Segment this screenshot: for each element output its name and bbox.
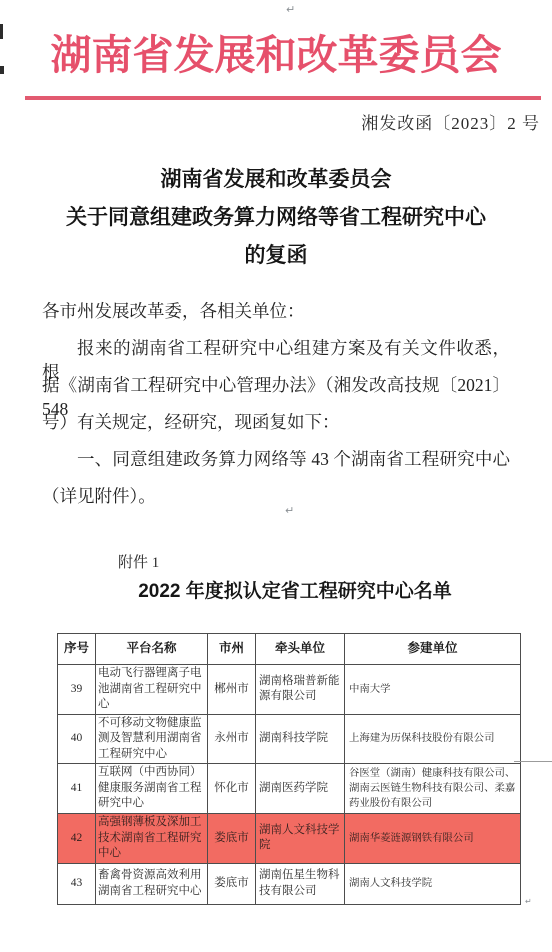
table-body: 39电动飞行器锂离子电池湖南省工程研究中心郴州市湖南格瑞普新能源有限公司中南大学… bbox=[58, 665, 521, 905]
cell-city: 娄底市 bbox=[208, 863, 256, 904]
table-row: 39电动飞行器锂离子电池湖南省工程研究中心郴州市湖南格瑞普新能源有限公司中南大学 bbox=[58, 665, 521, 715]
cell-lead: 湖南科技学院 bbox=[256, 714, 345, 764]
cell-participants: 湖南人文科技学院 bbox=[345, 863, 521, 904]
table-row: 43畜禽骨资源高效利用湖南省工程研究中心娄底市湖南伍星生物科技有限公司湖南人文科… bbox=[58, 863, 521, 904]
document-number: 湘发改函〔2023〕2 号 bbox=[361, 109, 540, 134]
scan-artifact bbox=[0, 66, 4, 74]
cell-city: 永州市 bbox=[208, 714, 256, 764]
letterhead-divider bbox=[25, 96, 541, 100]
cell-participants: 谷医堂（湖南）健康科技有限公司、湖南云医链生物科技有限公司、柔嘉药业股份有限公司 bbox=[345, 764, 521, 814]
body-line: 报来的湖南省工程研究中心组建方案及有关文件收悉，根 bbox=[42, 336, 510, 373]
cell-city: 娄底市 bbox=[208, 814, 256, 864]
cell-seq: 41 bbox=[58, 764, 96, 814]
title-line-2: 关于同意组建政务算力网络等省工程研究中心 bbox=[0, 198, 552, 236]
title-line-3: 的复函 bbox=[0, 236, 552, 274]
column-header: 序号 bbox=[58, 634, 96, 665]
body-line: 一、同意组建政务算力网络等 43 个湖南省工程研究中心 bbox=[42, 447, 510, 484]
cell-seq: 40 bbox=[58, 714, 96, 764]
paragraph-mark: ↵ bbox=[525, 896, 532, 907]
table-row: 42高强钢薄板及深加工技术湖南省工程研究中心娄底市湖南人文科技学院湖南华菱涟源钢… bbox=[58, 814, 521, 864]
cell-lead: 湖南人文科技学院 bbox=[256, 814, 345, 864]
cell-lead: 湖南格瑞普新能源有限公司 bbox=[256, 665, 345, 715]
table-row: 41互联网（中西协同）健康服务湖南省工程研究中心怀化市湖南医药学院谷医堂（湖南）… bbox=[58, 764, 521, 814]
document-page: ↵ 湖南省发展和改革委员会 湘发改函〔2023〕2 号 湖南省发展和改革委员会 … bbox=[0, 0, 552, 952]
cell-participants: 湖南华菱涟源钢铁有限公司 bbox=[345, 814, 521, 864]
body-line: （详见附件）。 bbox=[42, 484, 510, 521]
cell-seq: 43 bbox=[58, 863, 96, 904]
salutation: 各市州发展改革委，各相关单位： bbox=[42, 299, 510, 336]
column-header: 市州 bbox=[208, 634, 256, 665]
table-row: 40不可移动文物健康监测及智慧利用湖南省工程研究中心永州市湖南科技学院上海建为历… bbox=[58, 714, 521, 764]
cell-participants: 中南大学 bbox=[345, 665, 521, 715]
cell-seq: 39 bbox=[58, 665, 96, 715]
title-line-1: 湖南省发展和改革委员会 bbox=[0, 160, 552, 198]
cell-platform: 互联网（中西协同）健康服务湖南省工程研究中心 bbox=[96, 764, 208, 814]
column-header: 平台名称 bbox=[96, 634, 208, 665]
cell-platform: 高强钢薄板及深加工技术湖南省工程研究中心 bbox=[96, 814, 208, 864]
column-header: 参建单位 bbox=[345, 634, 521, 665]
cell-lead: 湖南伍星生物科技有限公司 bbox=[256, 863, 345, 904]
cell-seq: 42 bbox=[58, 814, 96, 864]
attachment-title: 2022 年度拟认定省工程研究中心名单 bbox=[45, 576, 545, 603]
document-title: 湖南省发展和改革委员会 关于同意组建政务算力网络等省工程研究中心 的复函 bbox=[0, 160, 552, 274]
cell-city: 郴州市 bbox=[208, 665, 256, 715]
research-center-table: 序号平台名称市州牵头单位参建单位 39电动飞行器锂离子电池湖南省工程研究中心郴州… bbox=[57, 633, 521, 905]
letter-body: 各市州发展改革委，各相关单位： 报来的湖南省工程研究中心组建方案及有关文件收悉，… bbox=[42, 299, 510, 521]
scan-artifact-line bbox=[514, 761, 552, 762]
table-header-row: 序号平台名称市州牵头单位参建单位 bbox=[58, 634, 521, 665]
attachment-label: 附件 1 bbox=[118, 551, 159, 572]
body-line: 号）有关规定，经研究，现函复如下： bbox=[42, 410, 510, 447]
cell-platform: 不可移动文物健康监测及智慧利用湖南省工程研究中心 bbox=[96, 714, 208, 764]
body-line: 据《湖南省工程研究中心管理办法》（湘发改高技规〔2021〕548 bbox=[42, 373, 510, 410]
column-header: 牵头单位 bbox=[256, 634, 345, 665]
paragraph-mark: ↵ bbox=[286, 4, 295, 15]
cell-lead: 湖南医药学院 bbox=[256, 764, 345, 814]
cell-platform: 畜禽骨资源高效利用湖南省工程研究中心 bbox=[96, 863, 208, 904]
cell-platform: 电动飞行器锂离子电池湖南省工程研究中心 bbox=[96, 665, 208, 715]
letterhead-title: 湖南省发展和改革委员会 bbox=[0, 20, 552, 90]
cell-participants: 上海建为历保科技股份有限公司 bbox=[345, 714, 521, 764]
scan-artifact bbox=[0, 24, 3, 39]
paragraph-mark: ↵ bbox=[285, 505, 294, 516]
cell-city: 怀化市 bbox=[208, 764, 256, 814]
